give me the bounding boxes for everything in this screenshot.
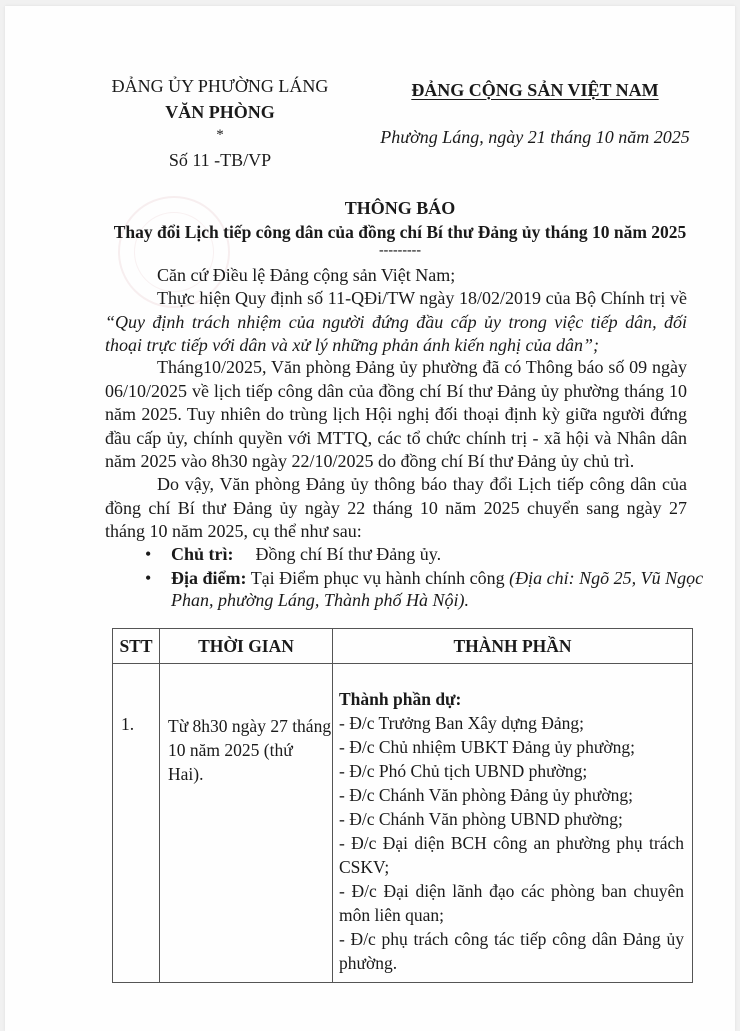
stt-cell: 1. xyxy=(113,664,160,983)
location-address-continued: Phan, phường Láng, Thành phố Hà Nội). xyxy=(171,590,469,611)
title-divider: --------- xyxy=(90,243,710,259)
time-line-1: Từ 8h30 ngày 27 tháng xyxy=(168,714,332,738)
announcement-paragraph: Do vậy, Văn phòng Đảng ủy thông báo thay… xyxy=(105,473,687,544)
schedule-table: STT THỜI GIAN THÀNH PHẦN 1. Từ 8h30 ngày… xyxy=(112,628,693,983)
column-header-time: THỜI GIAN xyxy=(160,629,333,664)
member-item: - Đ/c Phó Chủ tịch UBND phường; xyxy=(339,759,684,783)
table-row: 1. Từ 8h30 ngày 27 tháng 10 năm 2025 (th… xyxy=(113,664,693,983)
regulation-prefix: Thực hiện Quy định số 11-QĐi/TW ngày 18/… xyxy=(157,288,687,308)
office-name: VĂN PHÒNG xyxy=(95,102,345,123)
column-header-stt: STT xyxy=(113,629,160,664)
member-item: - Đ/c Chánh Văn phòng UBND phường; xyxy=(339,807,684,831)
member-item: - Đ/c Chủ nhiệm UBKT Đảng ủy phường; xyxy=(339,735,684,759)
location-address: (Địa chỉ: Ngõ 25, Vũ Ngọc xyxy=(509,568,703,588)
party-name: ĐẢNG CỘNG SẢN VIỆT NAM xyxy=(375,80,695,101)
bullet-dot-icon: • xyxy=(145,567,151,591)
bullet-dot-icon: • xyxy=(145,543,151,567)
org-name: ĐẢNG ỦY PHƯỜNG LÁNG xyxy=(95,76,345,97)
star-separator: * xyxy=(95,127,345,144)
chair-label: Chủ trì: xyxy=(171,544,234,564)
regulation-paragraph: Thực hiện Quy định số 11-QĐi/TW ngày 18/… xyxy=(105,287,687,358)
member-item: - Đ/c Chánh Văn phòng Đảng ủy phường; xyxy=(339,783,684,807)
time-cell: Từ 8h30 ngày 27 tháng 10 năm 2025 (thứ H… xyxy=(160,664,333,983)
member-item: - Đ/c Trưởng Ban Xây dựng Đảng; xyxy=(339,711,684,735)
location-value: Tại Điểm phục vụ hành chính công xyxy=(251,568,509,588)
regulation-quote: “Quy định trách nhiệm của người đứng đầu… xyxy=(105,312,687,356)
member-item: - Đ/c Đại diện lãnh đạo các phòng ban ch… xyxy=(339,879,684,927)
members-cell: Thành phần dự: - Đ/c Trưởng Ban Xây dựng… xyxy=(333,664,693,983)
context-paragraph: Tháng10/2025, Văn phòng Đảng ủy phường đ… xyxy=(105,356,687,474)
time-line-2: 10 năm 2025 (thứ Hai). xyxy=(168,738,332,786)
notice-heading: THÔNG BÁO xyxy=(90,198,710,219)
basis-paragraph: Căn cứ Điều lệ Đảng cộng sản Việt Nam; xyxy=(105,264,687,288)
table-header-row: STT THỜI GIAN THÀNH PHẦN xyxy=(113,629,693,664)
document-number: Số 11 -TB/VP xyxy=(95,150,345,171)
members-title: Thành phần dự: xyxy=(339,687,684,711)
location-label: Địa điểm: xyxy=(171,568,247,588)
member-item: - Đ/c Đại diện BCH công an phường phụ tr… xyxy=(339,831,684,879)
notice-subtitle: Thay đổi Lịch tiếp công dân của đồng chí… xyxy=(90,222,710,243)
column-header-members: THÀNH PHẦN xyxy=(333,629,693,664)
chair-value: Đồng chí Bí thư Đảng ủy. xyxy=(256,544,442,564)
place-date: Phường Láng, ngày 21 tháng 10 năm 2025 xyxy=(375,127,695,148)
member-item: - Đ/c phụ trách công tác tiếp công dân Đ… xyxy=(339,927,684,975)
